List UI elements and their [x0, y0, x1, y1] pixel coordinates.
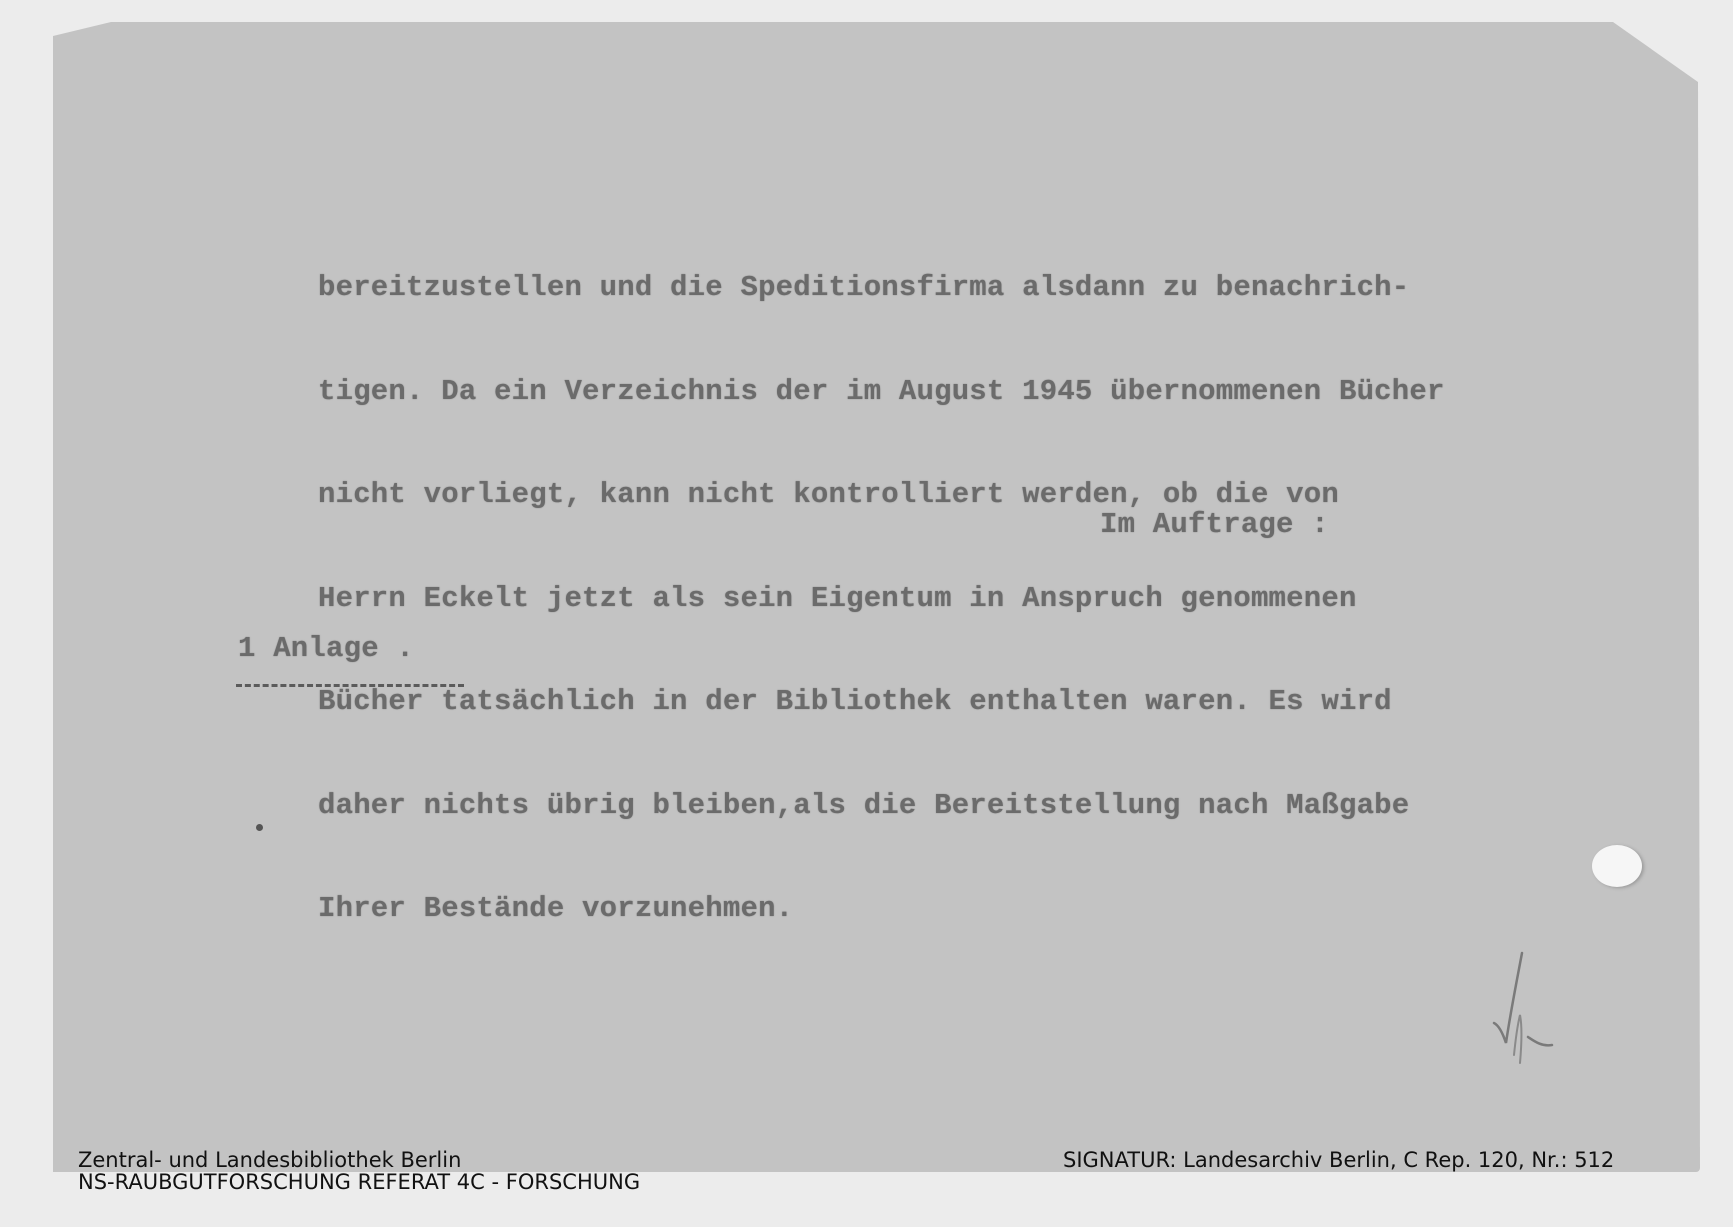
letter-body: bereitzustellen und die Speditionsfirma … — [318, 202, 1445, 961]
body-line: daher nichts übrig bleiben,als die Berei… — [318, 789, 1445, 824]
body-line: bereitzustellen und die Speditionsfirma … — [318, 271, 1445, 306]
footer-archive-signature: SIGNATUR: Landesarchiv Berlin, C Rep. 12… — [1063, 1149, 1614, 1171]
body-line: Herrn Eckelt jetzt als sein Eigentum in … — [318, 582, 1445, 617]
footer-institution: Zentral- und Landesbibliothek Berlin — [78, 1149, 461, 1171]
footer-department: NS-RAUBGUTFORSCHUNG REFERAT 4C - FORSCHU… — [78, 1171, 640, 1193]
enclosure-underline — [236, 684, 464, 687]
handwritten-initials-icon — [1470, 945, 1560, 1065]
body-line: Ihrer Bestände vorzunehmen. — [318, 892, 1445, 927]
body-line: Bücher tatsächlich in der Bibliothek ent… — [318, 685, 1445, 720]
body-line: tigen. Da ein Verzeichnis der im August … — [318, 375, 1445, 410]
closing-phrase: Im Auftrage : — [1100, 508, 1329, 541]
enclosure-note: 1 Anlage . — [238, 632, 414, 665]
punch-hole — [1592, 845, 1642, 887]
ink-speck — [256, 824, 263, 831]
